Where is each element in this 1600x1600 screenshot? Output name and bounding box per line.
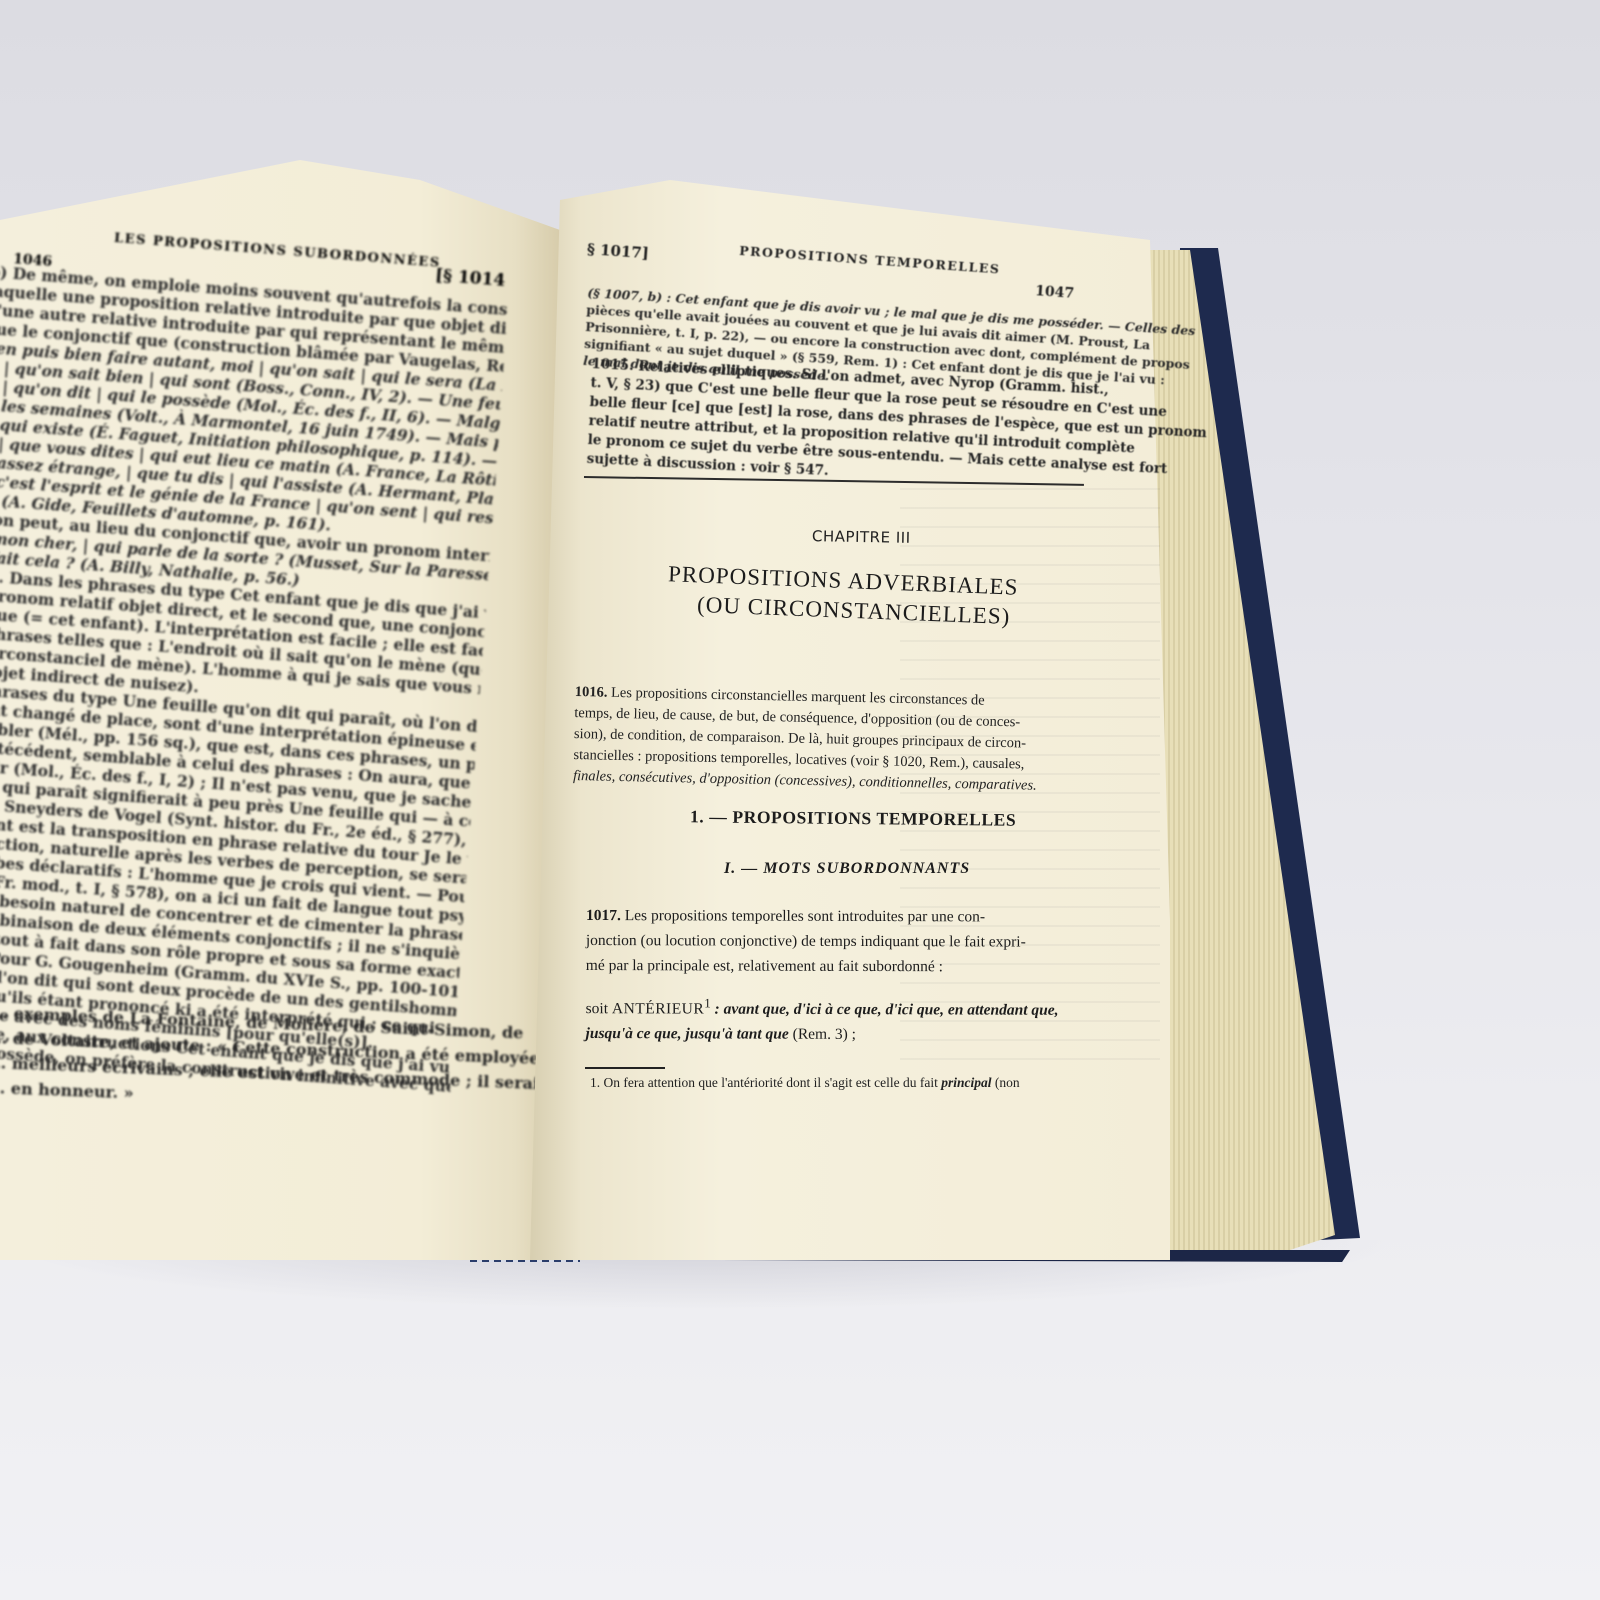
footnote-end: (non [995,1075,1020,1090]
paragraph-1016: 1016. Les propositions circonstancielles… [573,682,1135,799]
right-page-number: 1047 [1035,283,1075,302]
section-heading: 1. — PROPOSITIONS TEMPORELLES [690,806,1017,830]
text-fragment: jusqu'à ce que, jusqu'à tant que [586,1025,789,1043]
footnote-text: On fera attention que l'antériorité dont… [604,1075,938,1090]
footnote-marker: 1. [590,1075,600,1090]
subsection-heading: I. — MOTS SUBORDONNANTS [724,860,970,878]
footnote-italic: principal [941,1075,991,1090]
paragraph-1017: 1017. Les propositions temporelles sont … [586,903,1176,1048]
footnote-ref: 1 [704,995,711,1010]
paragraph-number: 1017. [586,907,621,924]
photo-scene: LES PROPOSITIONS SUBORDONNÉES [§ 1014 10… [0,0,1600,1600]
left-page-lower-paragraph: ... exemples de La Fontaine, de Molière,… [0,1000,472,1118]
footnote: 1. On fera attention que l'antériorité d… [590,1075,1020,1091]
paragraph-number: 1015. [591,356,634,374]
text-fragment: soit [586,1000,608,1017]
text-fragment: : avant que, d'ici à ce que, d'ici que, … [715,1001,1059,1019]
text-fragment: (Rem. 3) ; [793,1026,856,1043]
text-fragment: ANTÉRIEUR [612,1000,704,1017]
text-line: mé par la principale est, relativement a… [586,953,1176,980]
text-line: Les propositions temporelles sont introd… [625,907,985,925]
footnote-rule [585,1067,665,1069]
chapter-label: CHAPITRE III [812,527,911,547]
paragraph-number: 1016. [575,684,608,701]
text-line: jonction (ou locution conjonctive) de te… [586,928,1176,955]
left-page-body: b) De même, on emploie moins souvent qu'… [0,262,509,1096]
